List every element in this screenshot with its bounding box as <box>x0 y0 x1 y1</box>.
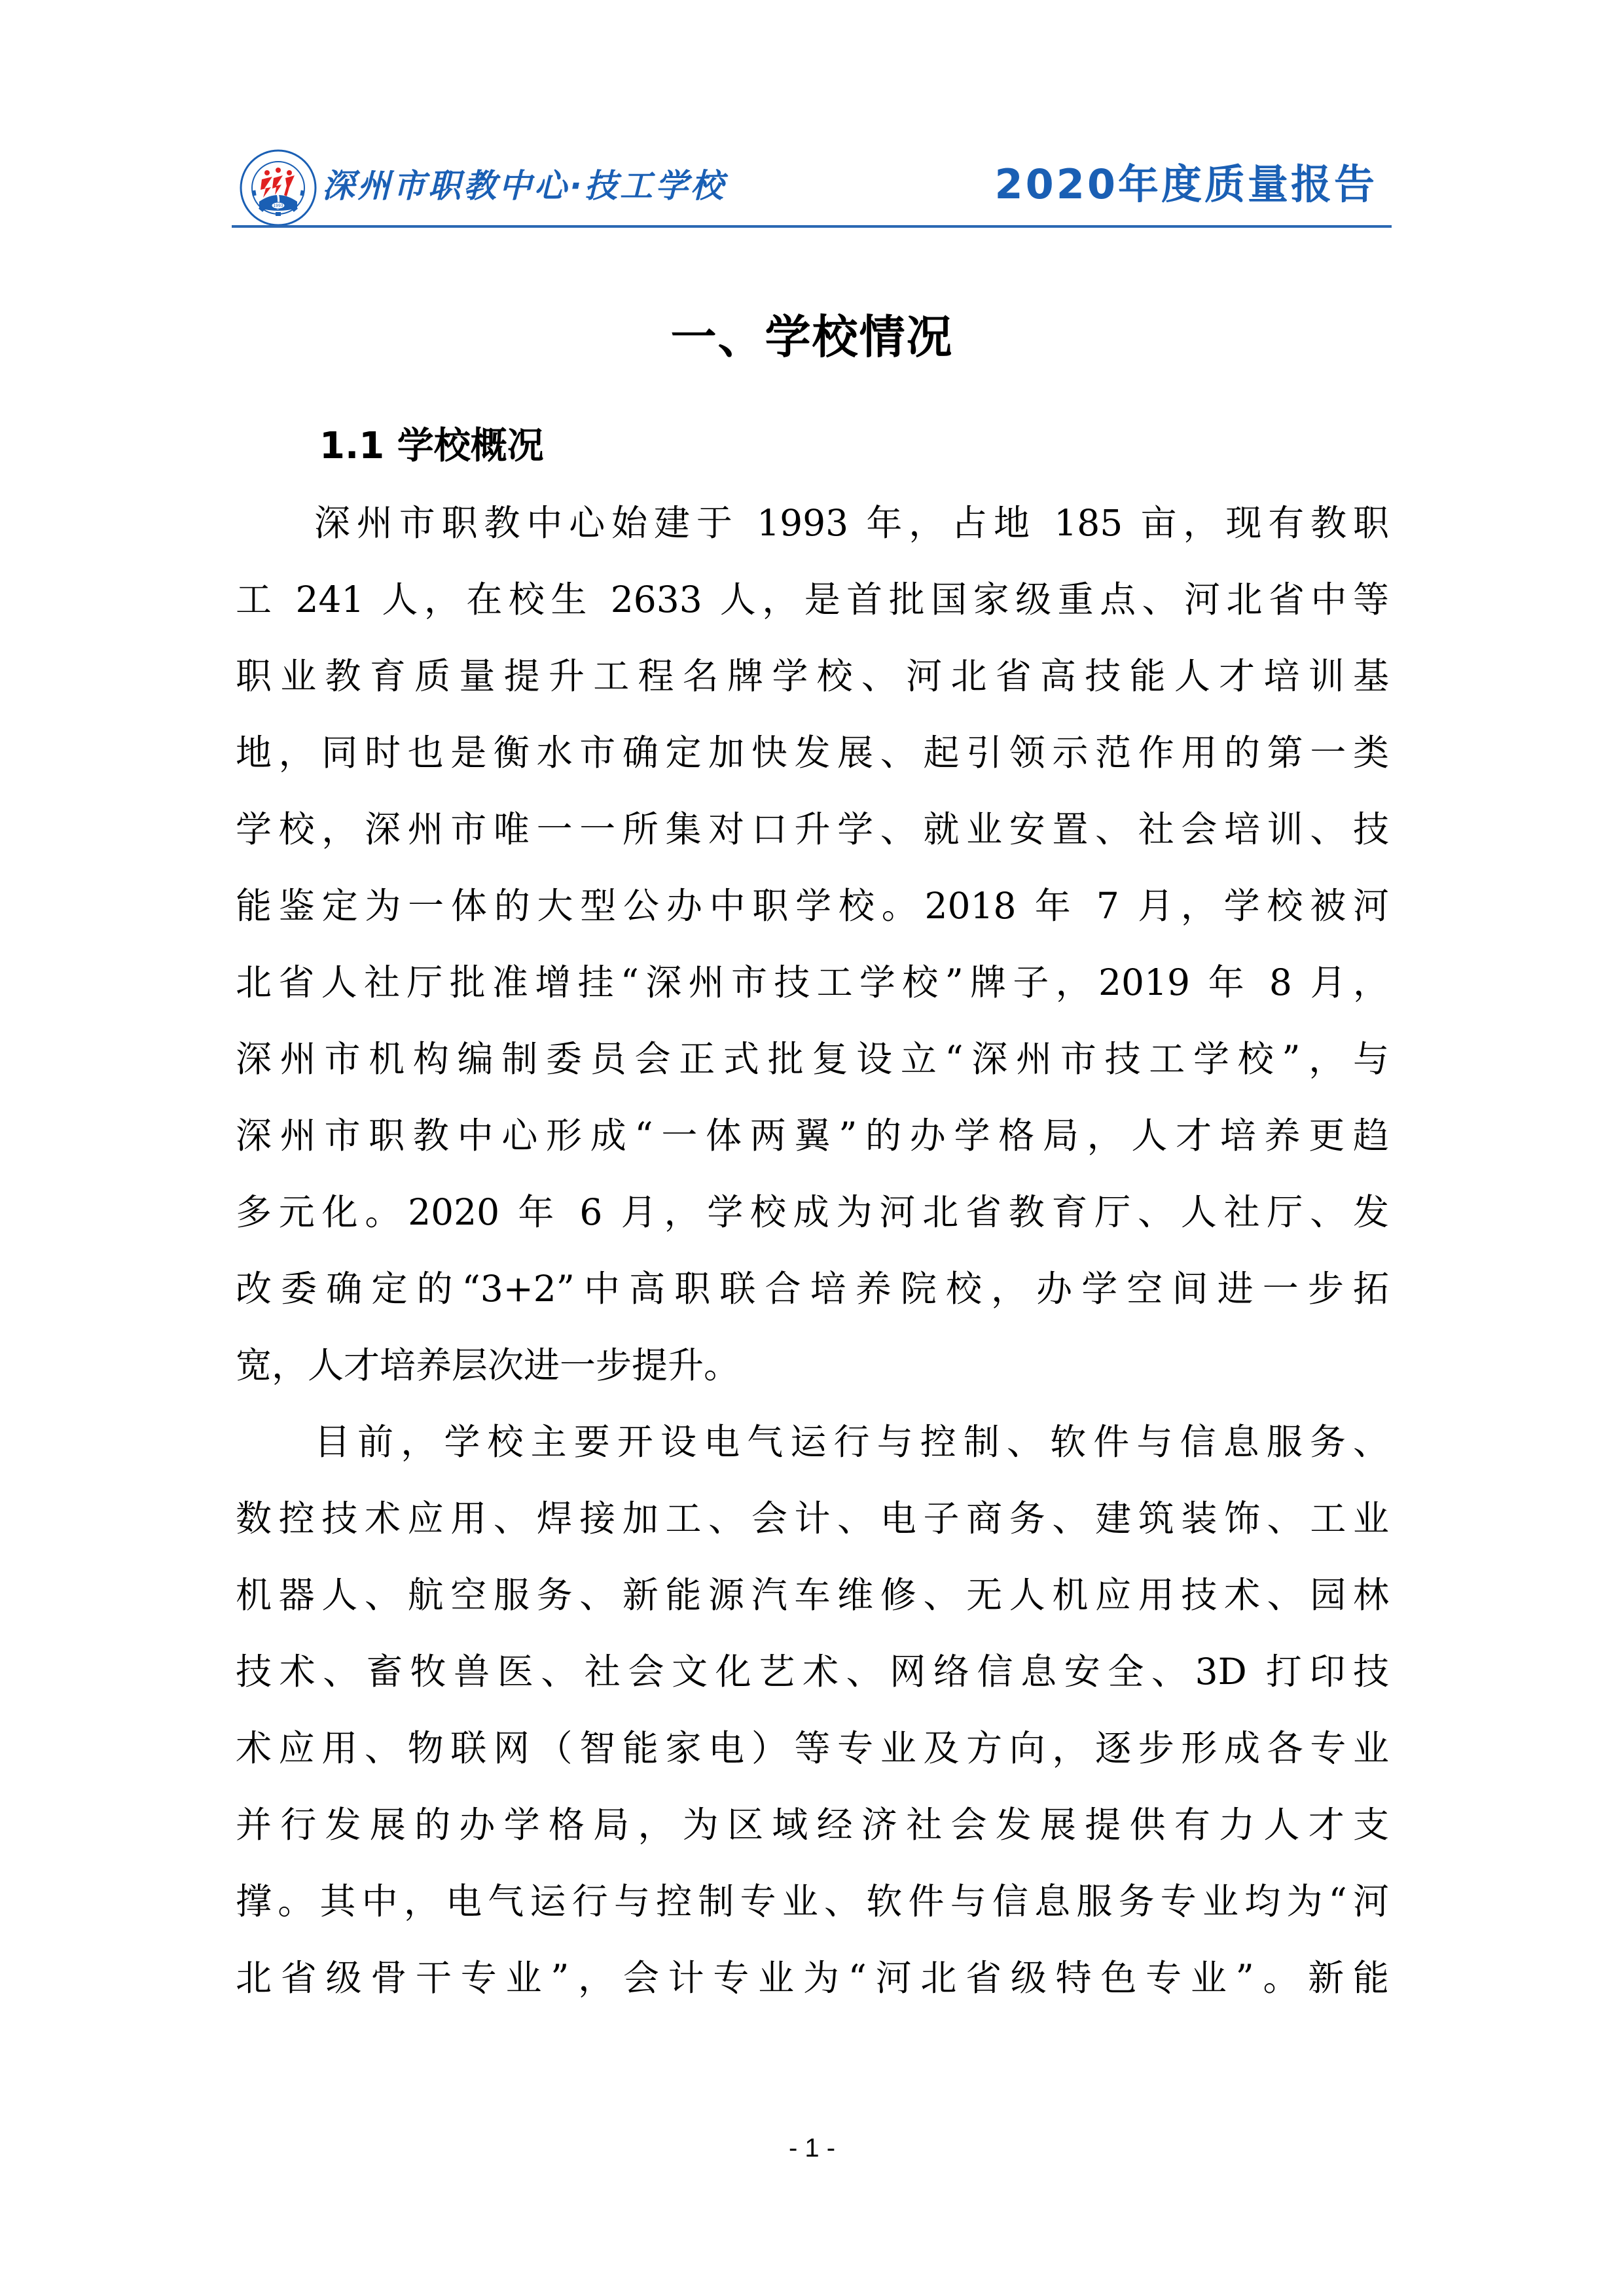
paragraph: 深州市职教中心始建于 1993 年，占地 185 亩，现有教职 工 241 人，… <box>236 499 1389 1418</box>
text-line: 并行发展的办学格局，为区域经济社会发展提供有力人才支 <box>236 1801 1389 1877</box>
text-line: 数控技术应用、焊接加工、会计、电子商务、建筑装饰、工业 <box>236 1494 1389 1571</box>
paragraph: 目前，学校主要开设电气运行与控制、软件与信息服务、 数控技术应用、焊接加工、会计… <box>236 1418 1389 2030</box>
text-line: 技术、畜牧兽医、社会文化艺术、网络信息安全、3D 打印技 <box>236 1647 1389 1724</box>
text-line: 改委确定的“3+2”中高职联合培养院校，办学空间进一步拓 <box>236 1265 1389 1341</box>
text-line: 深州市职教中心形成“一体两翼”的办学格局，人才培养更趋 <box>236 1111 1389 1188</box>
text-line: 深州市机构编制委员会正式批复设立“深州市技工学校”，与 <box>236 1035 1389 1111</box>
text-line: 能鉴定为一体的大型公办中职学校。2018 年 7 月，学校被河 <box>236 882 1389 958</box>
school-emblem-icon: 1993 <box>240 149 317 226</box>
page-header: 1993 深州市职教中心·技工学校 2020年度质量报告 <box>232 145 1392 226</box>
school-name: 深州市职教中心·技工学校 <box>322 168 726 204</box>
text-line: 工 241 人，在校生 2633 人，是首批国家级重点、河北省中等 <box>236 575 1389 652</box>
text-line: 深州市职教中心始建于 1993 年，占地 185 亩，现有教职 <box>236 499 1389 575</box>
text-line: 机器人、航空服务、新能源汽车维修、无人机应用技术、园林 <box>236 1571 1389 1647</box>
text-line: 地，同时也是衡水市确定加快发展、起引领示范作用的第一类 <box>236 728 1389 805</box>
page-number: - 1 - <box>0 2132 1624 2164</box>
header-divider <box>232 225 1392 228</box>
svg-text:1993: 1993 <box>273 204 283 208</box>
text-line: 多元化。2020 年 6 月，学校成为河北省教育厅、人社厅、发 <box>236 1188 1389 1265</box>
text-line: 宽，人才培养层次进一步提升。 <box>236 1341 1389 1418</box>
text-line: 北省级骨干专业”，会计专业为“河北省级特色专业”。新能 <box>236 1954 1389 2030</box>
text-line: 学校，深州市唯一一所集对口升学、就业安置、社会培训、技 <box>236 805 1389 882</box>
chapter-title: 一、学校情况 <box>0 308 1624 367</box>
section-title: 1.1 学校概况 <box>319 422 544 471</box>
report-title: 2020年度质量报告 <box>994 161 1377 208</box>
text-line: 术应用、物联网（智能家电）等专业及方向，逐步形成各专业 <box>236 1724 1389 1801</box>
body-text: 深州市职教中心始建于 1993 年，占地 185 亩，现有教职 工 241 人，… <box>236 499 1389 2030</box>
text-line: 职业教育质量提升工程名牌学校、河北省高技能人才培训基 <box>236 652 1389 728</box>
text-line: 北省人社厅批准增挂“深州市技工学校”牌子，2019 年 8 月， <box>236 958 1389 1035</box>
text-line: 目前，学校主要开设电气运行与控制、软件与信息服务、 <box>236 1418 1389 1494</box>
text-line: 撑。其中，电气运行与控制专业、软件与信息服务专业均为“河 <box>236 1877 1389 1954</box>
